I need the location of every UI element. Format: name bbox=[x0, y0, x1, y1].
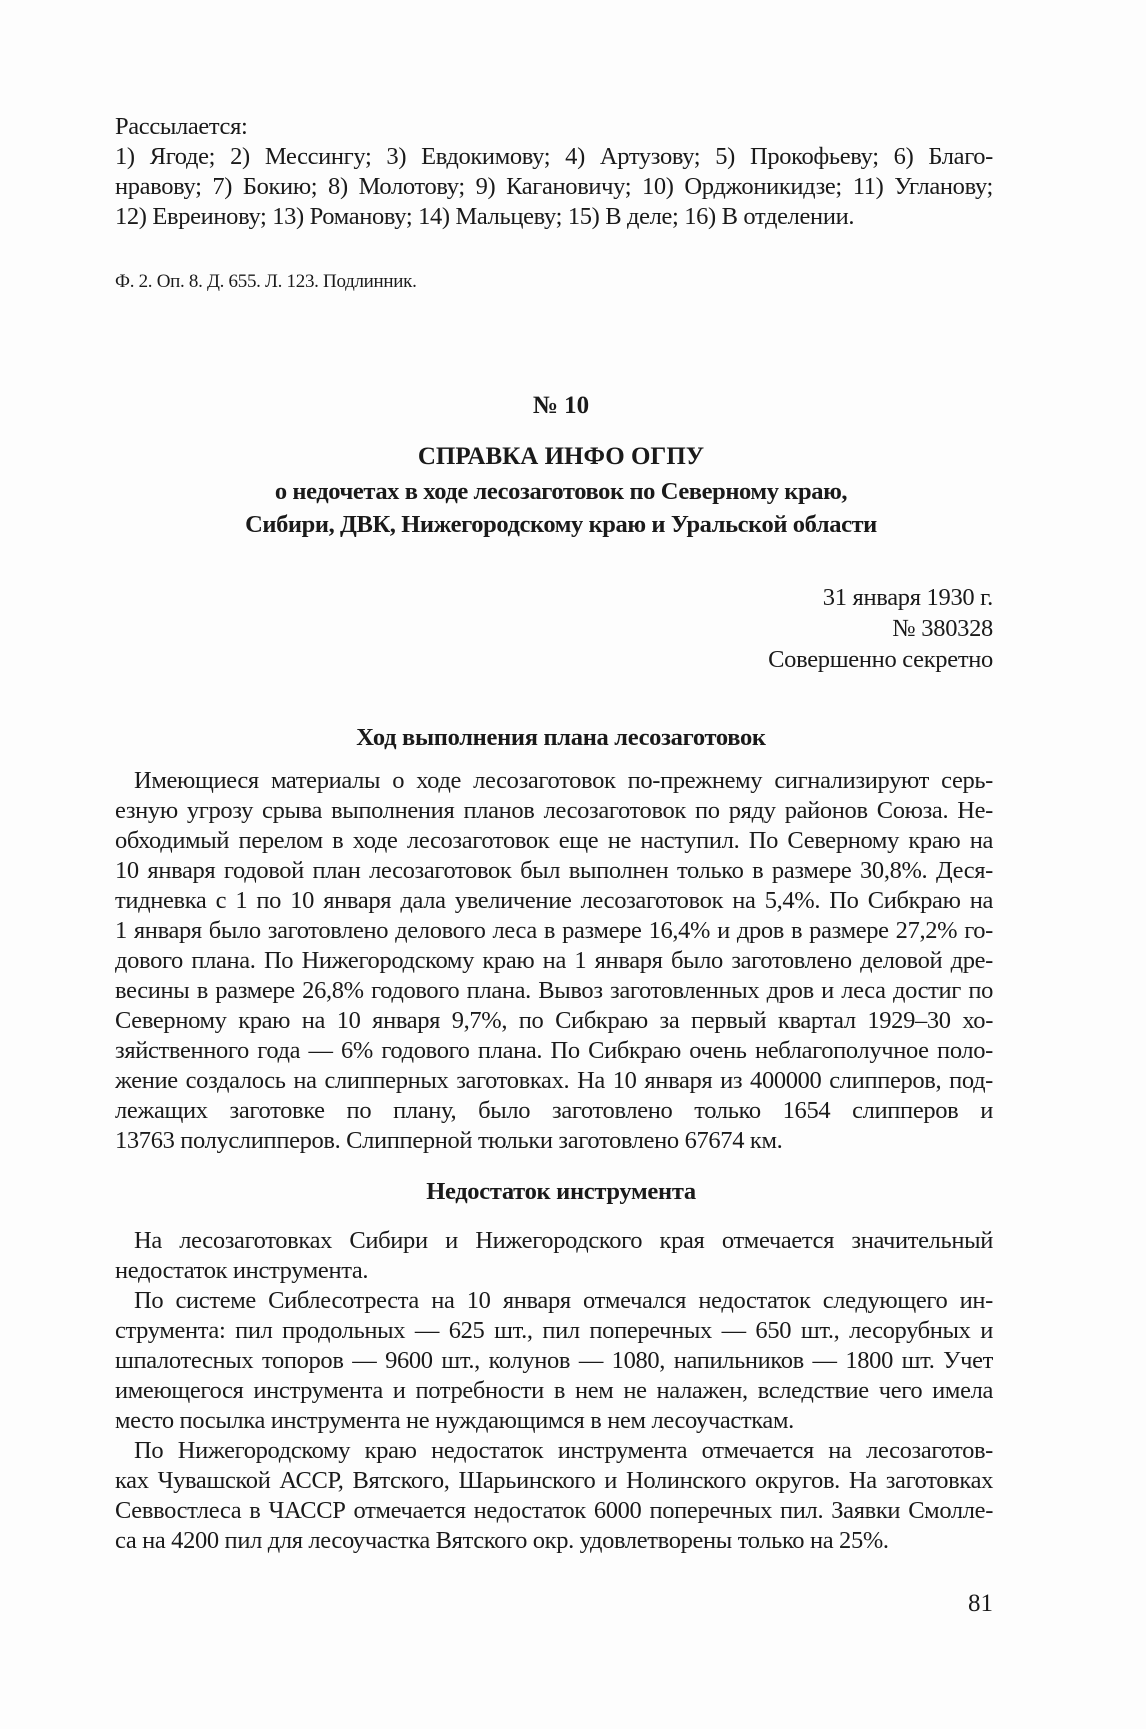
paragraph-line: тидневка с 1 по 10 января дала увеличени… bbox=[115, 886, 993, 916]
distribution-line: 12) Евреинову; 13) Романову; 14) Мальцев… bbox=[115, 202, 993, 232]
distribution-label: Рассылается: bbox=[115, 112, 993, 142]
paragraph-line: По системе Сиблесотреста на 10 января от… bbox=[115, 1286, 993, 1316]
paragraph-line: лежащих заготовке по плану, было заготов… bbox=[115, 1096, 993, 1126]
document-number: № 10 bbox=[0, 392, 1134, 420]
paragraph-line: Северному краю на 10 января 9,7%, по Сиб… bbox=[115, 1006, 993, 1036]
document-subtitle-line: Сибири, ДВК, Нижегородскому краю и Ураль… bbox=[0, 511, 1134, 539]
paragraph-line: 13763 полуслипперов. Слипперной тюльки з… bbox=[115, 1126, 993, 1156]
section-body: На лесозаготовках Сибири и Нижегородског… bbox=[115, 1226, 993, 1556]
archive-reference: Ф. 2. Оп. 8. Д. 655. Л. 123. Подлинник. bbox=[115, 271, 417, 293]
paragraph-line: зяйственного года — 6% годового плана. П… bbox=[115, 1036, 993, 1066]
document-date: 31 января 1930 г. bbox=[768, 582, 993, 613]
document-subtitle-line: о недочетах в ходе лесозаготовок по Севе… bbox=[0, 478, 1134, 506]
section-body: Имеющиеся материалы о ходе лесозаготовок… bbox=[115, 766, 993, 1156]
document-page: Рассылается: 1) Ягоде; 2) Мессингу; 3) Е… bbox=[0, 0, 1146, 1729]
paragraph-line: струмента: пил продольных — 625 шт., пил… bbox=[115, 1316, 993, 1346]
paragraph-line: весины в размере 26,8% годового плана. В… bbox=[115, 976, 993, 1006]
paragraph-line: 10 января годовой план лесозаготовок был… bbox=[115, 856, 993, 886]
paragraph-line: ках Чувашской АССР, Вятского, Шарьинског… bbox=[115, 1466, 993, 1496]
paragraph-line: дового плана. По Нижегородскому краю на … bbox=[115, 946, 993, 976]
paragraph-line: шпалотесных топоров — 9600 шт., колунов … bbox=[115, 1346, 993, 1376]
paragraph-line: езную угрозу срыва выполнения планов лес… bbox=[115, 796, 993, 826]
page-number: 81 bbox=[968, 1590, 993, 1618]
section-heading: Недостаток инструмента bbox=[0, 1178, 1134, 1206]
paragraph-line: са на 4200 пил для лесоучастка Вятского … bbox=[115, 1526, 993, 1556]
paragraph-line: обходимый перелом в ходе лесозаготовок е… bbox=[115, 826, 993, 856]
distribution-line: 1) Ягоде; 2) Мессингу; 3) Евдокимову; 4)… bbox=[115, 142, 993, 172]
section-heading: Ход выполнения плана лесозаготовок bbox=[0, 724, 1134, 752]
paragraph-line: По Нижегородскому краю недостаток инстру… bbox=[115, 1436, 993, 1466]
paragraph-line: Имеющиеся материалы о ходе лесозаготовок… bbox=[115, 766, 993, 796]
distribution-line: нравову; 7) Бокию; 8) Молотову; 9) Каган… bbox=[115, 172, 993, 202]
document-meta: 31 января 1930 г. № 380328 Совершенно се… bbox=[768, 582, 993, 675]
paragraph-line: Севвостлеса в ЧАССР отмечается недостато… bbox=[115, 1496, 993, 1526]
paragraph-line: 1 января было заготовлено делового леса … bbox=[115, 916, 993, 946]
paragraph-line: жение создалось на слипперных заготовках… bbox=[115, 1066, 993, 1096]
paragraph-line: место посылка инструмента не нуждающимся… bbox=[115, 1406, 993, 1436]
paragraph-line: имеющегося инструмента и потребности в н… bbox=[115, 1376, 993, 1406]
paragraph-line: недостаток инструмента. bbox=[115, 1256, 993, 1286]
document-reg-number: № 380328 bbox=[768, 613, 993, 644]
document-classification: Совершенно секретно bbox=[768, 644, 993, 675]
document-title: СПРАВКА ИНФО ОГПУ bbox=[0, 443, 1134, 471]
distribution-block: Рассылается: 1) Ягоде; 2) Мессингу; 3) Е… bbox=[115, 112, 993, 232]
paragraph-line: На лесозаготовках Сибири и Нижегородског… bbox=[115, 1226, 993, 1256]
